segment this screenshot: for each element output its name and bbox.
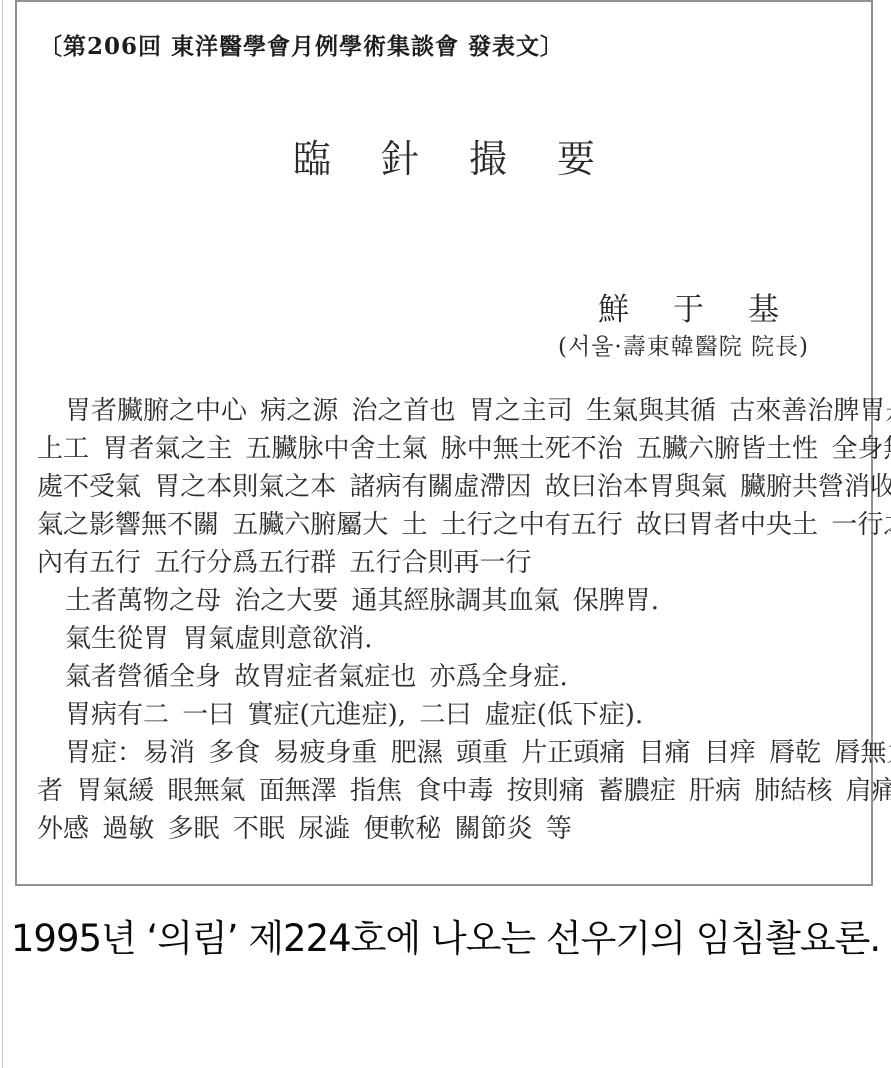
text-line: 氣之影響無不關 五臟六腑屬大 土 土行之中有五行 故曰胃者中央土 一行之	[37, 506, 859, 544]
image-caption: 1995년 ‘의림’ 제224호에 나오는 선우기의 임침촬요론.	[0, 908, 891, 962]
text-line: 胃症：易消 多食 易疲身重 肥濕 頭重 片正頭痛 目痛 目痒 脣乾 脣無力	[37, 734, 859, 772]
text-line: 胃病有二 一曰 實症(亢進症), 二曰 虛症(低下症).	[37, 696, 859, 734]
author-affiliation: (서울·壽東韓醫院 院長)	[558, 328, 809, 361]
presentation-header: 〔第206回 東洋醫學會月例學術集談會 發表文〕	[39, 28, 564, 61]
text-line: 氣生從胃 胃氣虛則意欲消.	[37, 620, 859, 658]
text-line: 土者萬物之母 治之大要 通其經脉調其血氣 保脾胃.	[37, 582, 859, 620]
scanned-document: 〔第206回 東洋醫學會月例學術集談會 發表文〕 臨針撮要 鮮 于 基 (서울·…	[15, 0, 873, 886]
document-title: 臨針撮要	[17, 128, 871, 183]
text-line: 外感 過敏 多眠 不眠 尿澁 便軟秘 關節炎 等	[37, 810, 859, 848]
body-text: 胃者臟腑之中心 病之源 治之首也 胃之主司 生氣與其循 古來善治脾胃是 上工 胃…	[37, 392, 859, 848]
text-line: 氣者營循全身 故胃症者氣症也 亦爲全身症.	[37, 658, 859, 696]
text-line: 處不受氣 胃之本則氣之本 諸病有關虛滯因 故曰治本胃與氣 臟腑共營消收泄	[37, 468, 859, 506]
text-line: 者 胃氣緩 眼無氣 面無澤 指焦 食中毒 按則痛 蓄膿症 肝病 肺結核 肩痛	[37, 772, 859, 810]
text-line: 內有五行 五行分爲五行群 五行合則再一行	[37, 544, 859, 582]
text-line: 胃者臟腑之中心 病之源 治之首也 胃之主司 生氣與其循 古來善治脾胃是	[37, 392, 859, 430]
text-line: 上工 胃者氣之主 五臟脉中舍土氣 脉中無土死不治 五臟六腑皆土性 全身無	[37, 430, 859, 468]
author-name: 鮮 于 基	[598, 284, 779, 329]
